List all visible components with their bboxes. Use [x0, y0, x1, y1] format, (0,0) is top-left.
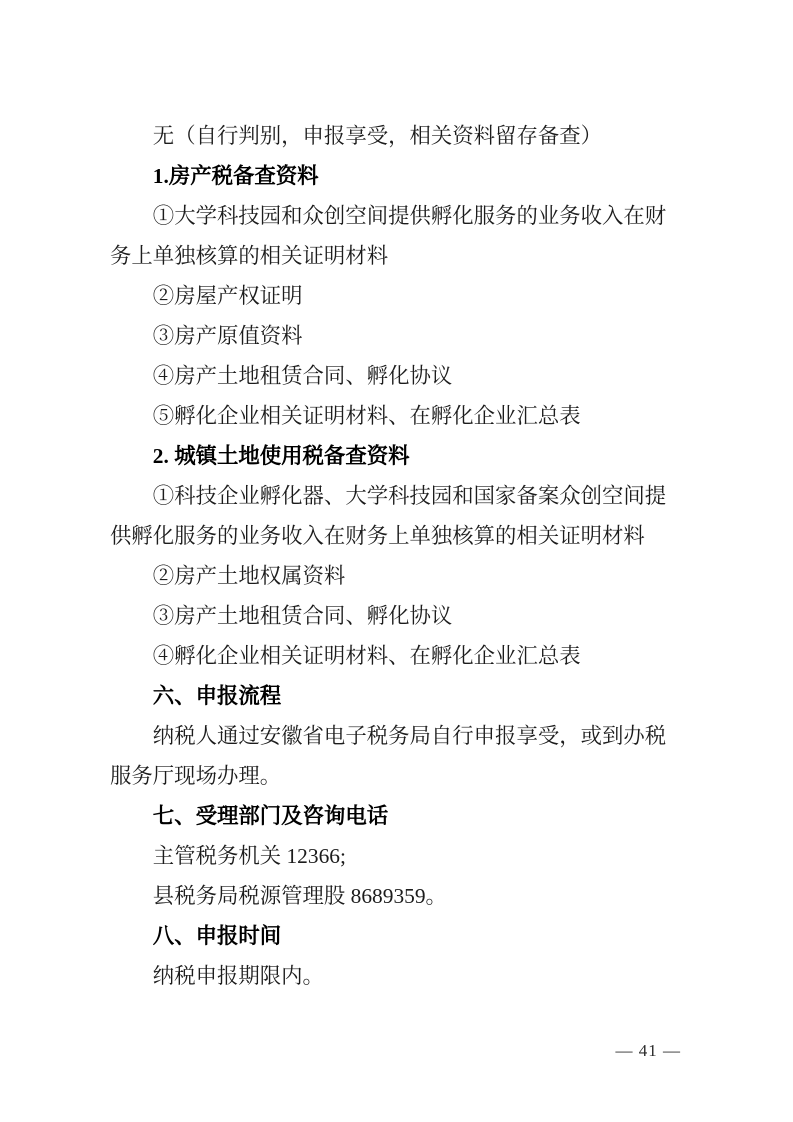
section-heading: 七、受理部门及咨询电话: [110, 796, 678, 836]
paragraph: 纳税申报期限内。: [110, 956, 678, 996]
page-number: — 41 —: [616, 1041, 682, 1060]
document-body: 无（自行判别，申报享受，相关资料留存备查）1.房产税备查资料①大学科技园和众创空…: [110, 116, 678, 996]
paragraph: ③房产土地租赁合同、孵化协议: [110, 596, 678, 636]
paragraph: ④房产土地租赁合同、孵化协议: [110, 356, 678, 396]
paragraph: 县税务局税源管理股 8689359。: [110, 876, 678, 916]
paragraph: ⑤孵化企业相关证明材料、在孵化企业汇总表: [110, 396, 678, 436]
document-page: 无（自行判别，申报享受，相关资料留存备查）1.房产税备查资料①大学科技园和众创空…: [0, 0, 793, 1122]
section-heading: 2. 城镇土地使用税备查资料: [110, 436, 678, 476]
section-heading: 八、申报时间: [110, 916, 678, 956]
paragraph: ④孵化企业相关证明材料、在孵化企业汇总表: [110, 636, 678, 676]
section-heading: 1.房产税备查资料: [110, 156, 678, 196]
page-footer: — 41 —: [616, 1041, 682, 1061]
paragraph: ③房产原值资料: [110, 316, 678, 356]
paragraph: 主管税务机关 12366;: [110, 836, 678, 876]
section-heading: 六、申报流程: [110, 676, 678, 716]
paragraph: 纳税人通过安徽省电子税务局自行申报享受，或到办税服务厅现场办理。: [110, 716, 678, 796]
paragraph: ①科技企业孵化器、大学科技园和国家备案众创空间提供孵化服务的业务收入在财务上单独…: [110, 476, 678, 556]
paragraph: ②房产土地权属资料: [110, 556, 678, 596]
paragraph: ①大学科技园和众创空间提供孵化服务的业务收入在财务上单独核算的相关证明材料: [110, 196, 678, 276]
paragraph: ②房屋产权证明: [110, 276, 678, 316]
paragraph: 无（自行判别，申报享受，相关资料留存备查）: [110, 116, 678, 156]
